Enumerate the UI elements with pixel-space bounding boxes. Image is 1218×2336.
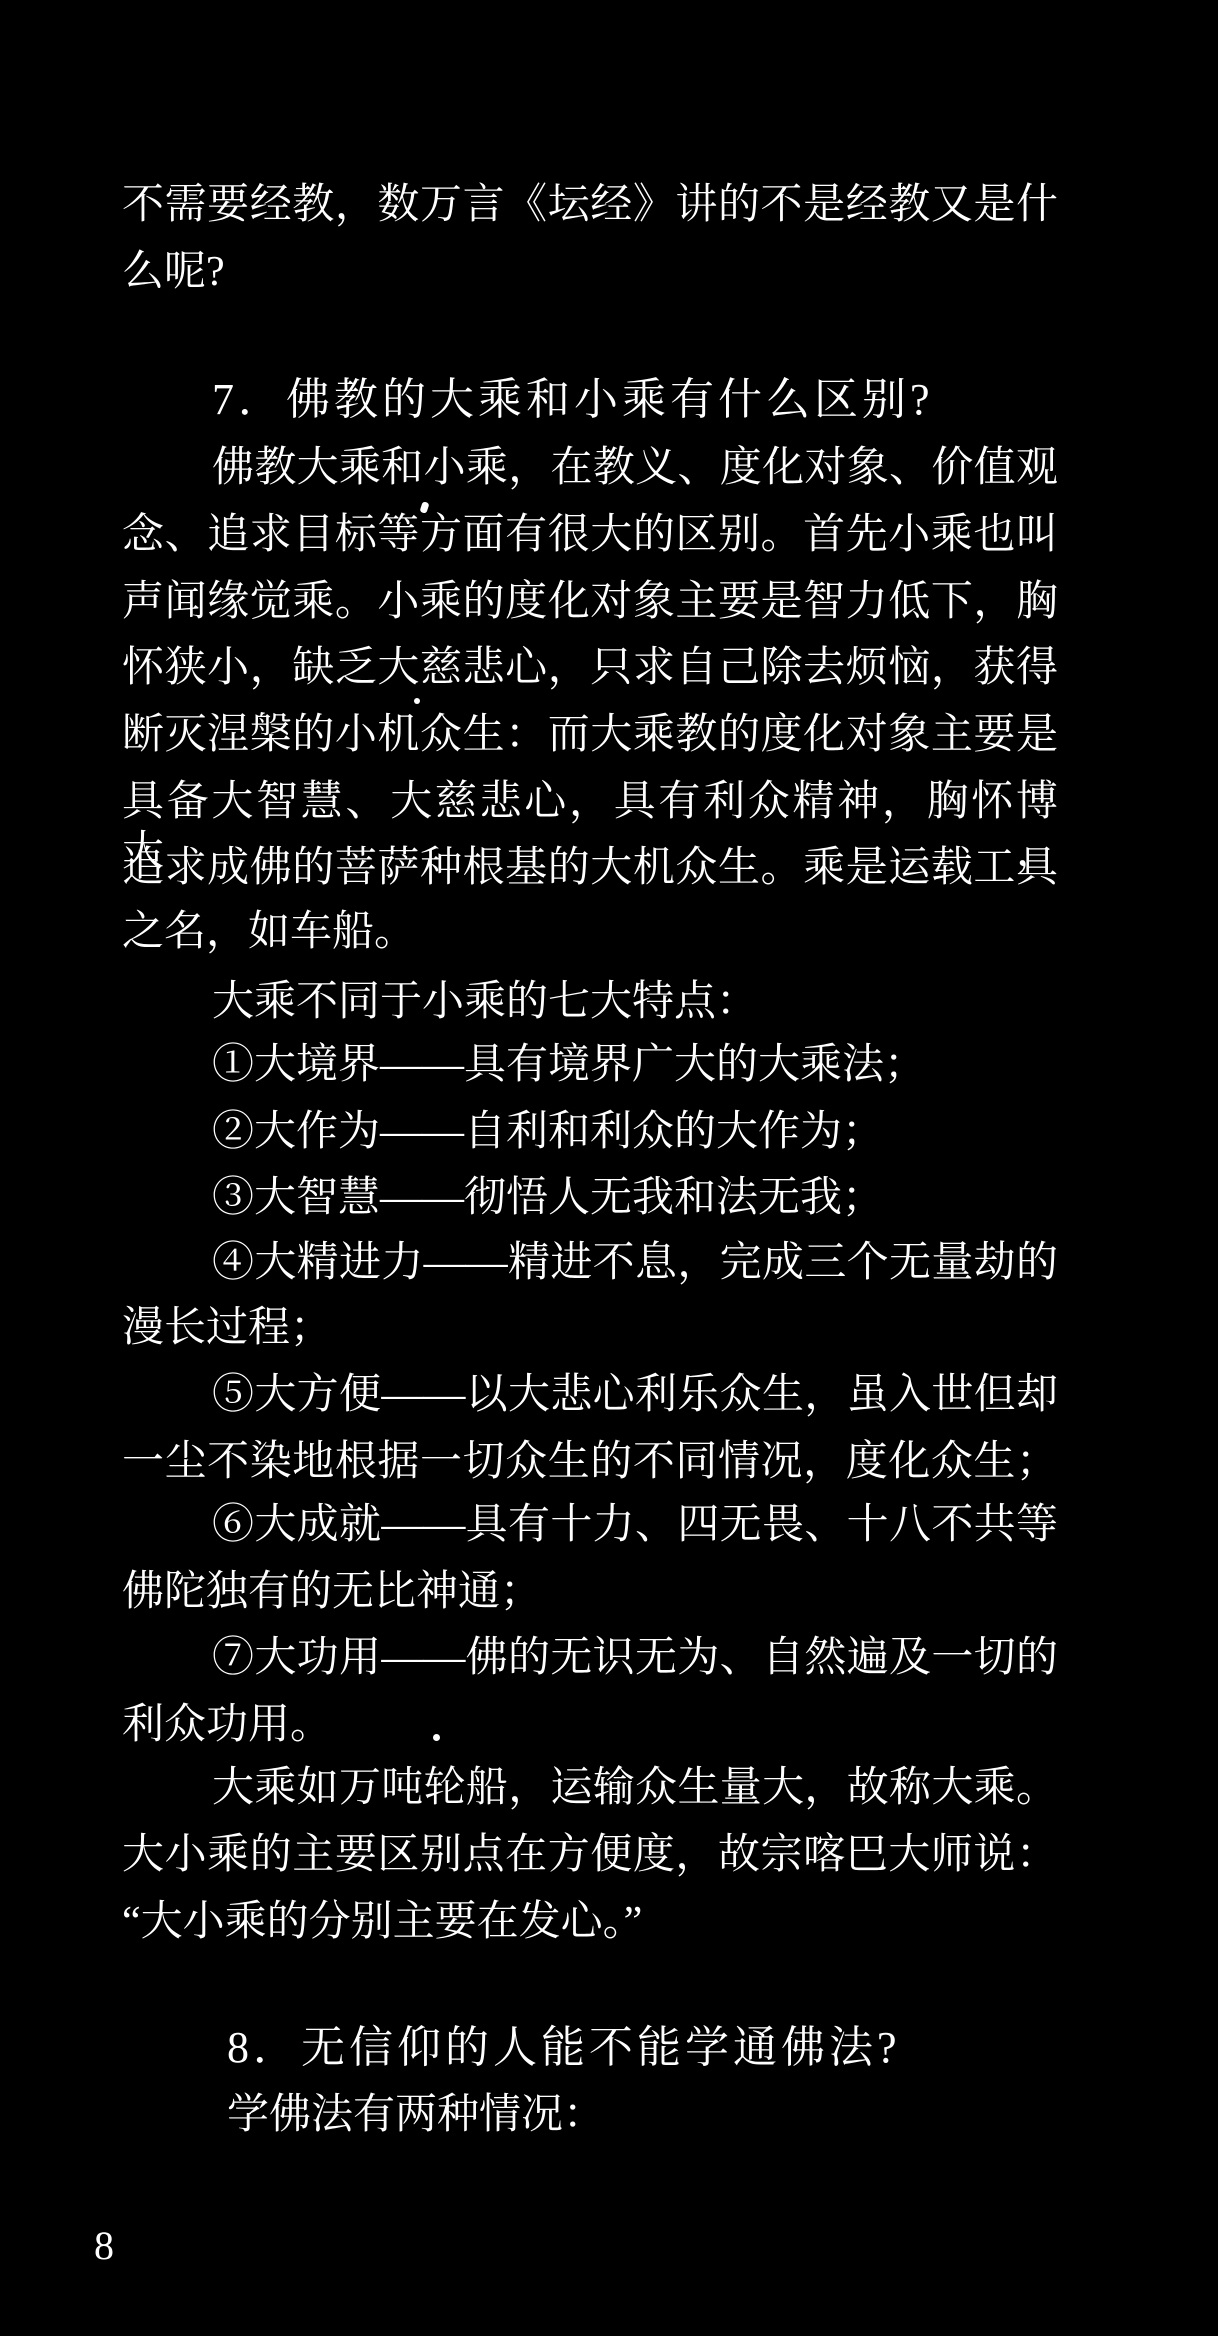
text-line: 之名，如车船。 [122, 907, 1058, 961]
text-line: 么呢? [122, 247, 1058, 301]
text-line: 怀狭小，缺乏大慈悲心，只求自己除去烦恼，获得 [122, 643, 1058, 697]
text-line: 大小乘的主要区别点在方便度，故宗喀巴大师说： [122, 1830, 1058, 1884]
page-number: 8 [94, 2226, 114, 2266]
list-item: ③大智慧——彻悟人无我和法无我； [122, 1173, 1058, 1227]
text-line: 佛陀独有的无比神通； [122, 1567, 1058, 1621]
text-line: 追求成佛的菩萨种根基的大机众生。乘是运载工具 [122, 843, 1058, 897]
section-7-heading: 7．佛教的大乘和小乘有什么区别? [122, 375, 1058, 429]
list-item: ⑥大成就——具有十力、四无畏、十八不共等 [122, 1500, 1058, 1554]
scan-speck [433, 1734, 440, 1741]
list-item: ⑦大功用——佛的无识无为、自然遍及一切的 [122, 1633, 1058, 1687]
text-line: 大乘不同于小乘的七大特点： [122, 977, 1058, 1031]
list-item: ⑤大方便——以大悲心利乐众生，虽入世但却 [122, 1370, 1058, 1424]
section-8-heading: 8．无信仰的人能不能学通佛法? [122, 2023, 1058, 2077]
text-line: 念、追求目标等方面有很大的区别。首先小乘也叫 [122, 510, 1058, 564]
text-line: 具备大智慧、大慈悲心，具有利众精神，胸怀博大， [122, 777, 1058, 831]
text-line: 不需要经教，数万言《坛经》讲的不是经教又是什 [122, 180, 1058, 234]
text-line: 断灭涅槃的小机众生：而大乘教的度化对象主要是 [122, 710, 1058, 764]
list-item: ②大作为——自利和利众的大作为； [122, 1107, 1058, 1161]
text-line: 漫长过程； [122, 1303, 1058, 1357]
text-line: 学佛法有两种情况： [122, 2090, 1058, 2144]
scan-speck [414, 698, 420, 704]
text-line: 声闻缘觉乘。小乘的度化对象主要是智力低下，胸 [122, 577, 1058, 631]
text-line: 佛教大乘和小乘，在教义、度化对象、价值观 [122, 443, 1058, 497]
text-line: 利众功用。 [122, 1700, 1058, 1754]
text-line: “大小乘的分别主要在发心。” [122, 1897, 1058, 1951]
scanned-book-page: 不需要经教，数万言《坛经》讲的不是经教又是什 么呢? 7．佛教的大乘和小乘有什么… [0, 0, 1218, 2336]
text-line: 大乘如万吨轮船，运输众生量大，故称大乘。 [122, 1763, 1058, 1817]
list-item: ①大境界——具有境界广大的大乘法； [122, 1040, 1058, 1094]
text-line: 一尘不染地根据一切众生的不同情况，度化众生； [122, 1437, 1058, 1491]
list-item: ④大精进力——精进不息，完成三个无量劫的 [122, 1238, 1058, 1292]
